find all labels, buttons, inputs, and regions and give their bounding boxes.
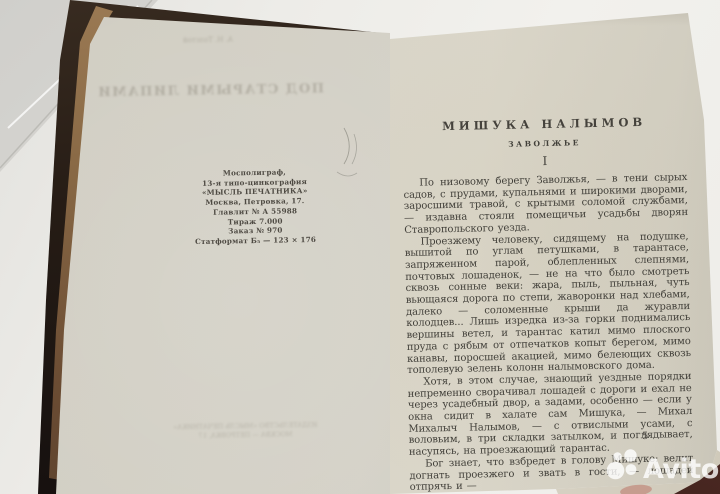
avito-logo-icon bbox=[607, 449, 637, 479]
avito-watermark: Avito bbox=[600, 447, 720, 487]
show-through-author-line: А. Н. Толстой bbox=[168, 35, 248, 44]
pencil-marks bbox=[330, 120, 375, 190]
chapter-numeral: I bbox=[403, 151, 687, 171]
paragraph: Хотя, в этом случае, знающий уездные пор… bbox=[407, 371, 693, 459]
story-subtitle: ЗАВОЛЖЬЕ bbox=[402, 136, 686, 151]
page-number: 5 bbox=[642, 431, 649, 442]
printer-colophon: Мосполиграф, 13-я типо-цинкография «МЫСЛ… bbox=[165, 166, 344, 247]
paragraph: По низовому берегу Заволжья, — в тени сы… bbox=[403, 172, 688, 236]
right-page-text-block: МИШУКА НАЛЫМОВ ЗАВОЛЖЬЕ I По низовому бе… bbox=[402, 114, 694, 494]
photo-open-book: А. Н. Толстой ПОД СТАРЫМИ ЛИПАМИ ИЗДАТЕЛ… bbox=[0, 0, 720, 494]
show-through-footer: ИЗДАТЕЛЬСТВО «МЫСЛЬ ПЕЧАТНИКА» МОСКВА — … bbox=[148, 420, 343, 441]
paragraph: Проезжему человеку, сидящему на подушке,… bbox=[404, 231, 691, 377]
avito-watermark-label: Avito bbox=[643, 454, 719, 485]
